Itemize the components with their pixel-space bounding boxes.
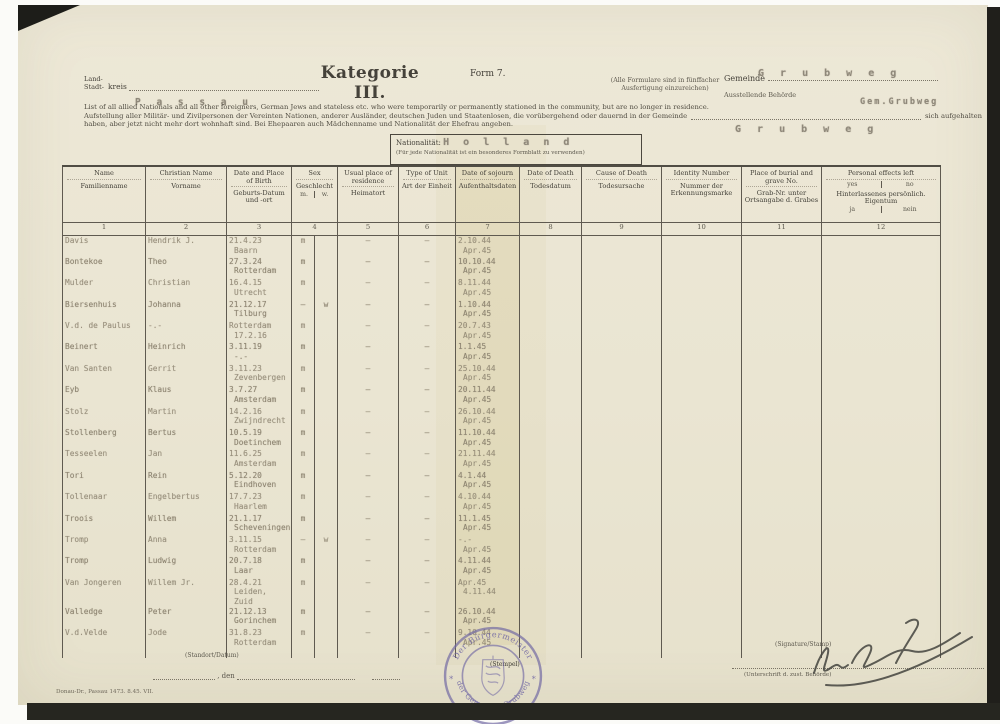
cell-birth: 3.7.27Amsterdam [227, 385, 292, 406]
cell-effects [822, 257, 941, 278]
cell-sex-m: m [292, 449, 315, 470]
cell-sojourn: -.-Apr.45 [456, 535, 520, 556]
cell-name: Van Santen [63, 364, 146, 385]
cell-identity [662, 535, 742, 556]
cell-residence: — [338, 407, 399, 428]
cell-cause [582, 321, 662, 342]
cell-sex-w [315, 278, 338, 299]
cell-cause [582, 428, 662, 449]
column-number-burial: 11 [742, 223, 822, 236]
cell-unit: — [399, 535, 456, 556]
cell-unit: — [399, 514, 456, 535]
cell-name: Tromp [63, 535, 146, 556]
cell-identity [662, 449, 742, 470]
sub-labels: yesno [824, 181, 938, 188]
cell-sex-w [315, 607, 338, 628]
cell-sex-w [315, 236, 338, 257]
nationality-stamp: H o l l a n d [443, 137, 573, 148]
table-row: BiersenhuisJohanna21.12.17Tilburg—w——1.1… [63, 300, 941, 321]
table-row: TrompLudwig20.7.18Laarm——4.11.44Apr.45 [63, 556, 941, 577]
cell-name: Mulder [63, 278, 146, 299]
cell-birth: 31.8.23Rotterdam [227, 628, 292, 649]
cell-residence: — [338, 514, 399, 535]
cell-death [520, 257, 582, 278]
cell-sex-w [315, 628, 338, 649]
cell-sojourn: 26.10.44Apr.45 [456, 407, 520, 428]
table-row: Van SantenGerrit3.11.23Zevenbergenm——25.… [63, 364, 941, 385]
cell-birth: 10.5.19Doetinchem [227, 428, 292, 449]
cell-christian-name: Theo [146, 257, 227, 278]
cell-sex-w [315, 407, 338, 428]
cell-sojourn: 20.11.44Apr.45 [456, 385, 520, 406]
cell-sex-m: — [292, 300, 315, 321]
cell-name: Valledge [63, 607, 146, 628]
cell-burial [742, 514, 822, 535]
cell-sex-m: m [292, 364, 315, 385]
stamp-star-left: * [449, 674, 453, 684]
cell-name: V.d.Velde [63, 628, 146, 649]
cell-identity [662, 257, 742, 278]
scan-edge-bottom [27, 703, 1000, 720]
cell-birth: 3.11.15Rotterdam [227, 535, 292, 556]
table-row: EybKlaus3.7.27Amsterdamm——20.11.44Apr.45 [63, 385, 941, 406]
cell-residence: — [338, 342, 399, 363]
scanned-document: Land- Stadt- kreis P a s s a u Kategorie… [0, 0, 1000, 724]
cell-effects [822, 364, 941, 385]
cell-cause [582, 628, 662, 649]
cell-sex-m: m [292, 385, 315, 406]
cell-birth: 21.12.17Tilburg [227, 300, 292, 321]
cell-christian-name: Rein [146, 471, 227, 492]
cell-name: Davis [63, 236, 146, 257]
cell-unit: — [399, 385, 456, 406]
cell-birth: 3.11.23Zevenbergen [227, 364, 292, 385]
cell-residence: — [338, 236, 399, 257]
cell-sex-w [315, 471, 338, 492]
cell-christian-name: Jode [146, 628, 227, 649]
cell-identity [662, 321, 742, 342]
table-row: BontekoeTheo27.3.24Rotterdamm——10.10.44A… [63, 257, 941, 278]
cell-name: Bontekoe [63, 257, 146, 278]
column-header-identity: Identity NumberNummer der Erkennungsmark… [662, 166, 742, 223]
cell-sex-m: m [292, 628, 315, 649]
cell-identity [662, 514, 742, 535]
cell-death [520, 578, 582, 607]
cell-name: Troois [63, 514, 146, 535]
date-blank [237, 671, 355, 680]
cell-name: Beinert [63, 342, 146, 363]
cell-death [520, 471, 582, 492]
cell-identity [662, 492, 742, 513]
cell-christian-name: Willem [146, 514, 227, 535]
stadt-label: Stadt- [84, 83, 104, 91]
cell-death [520, 236, 582, 257]
cell-name: Stollenberg [63, 428, 146, 449]
cell-identity [662, 407, 742, 428]
cell-birth: 5.12.20Eindhoven [227, 471, 292, 492]
column-number-name: 1 [63, 223, 146, 236]
column-header-sex: SexGeschlechtm.w. [292, 166, 338, 223]
stamp-star-right: * [532, 674, 536, 684]
cell-residence: — [338, 449, 399, 470]
cell-death [520, 321, 582, 342]
cell-effects [822, 300, 941, 321]
cell-identity [662, 300, 742, 321]
sub-labels: janein [824, 206, 938, 213]
cell-burial [742, 300, 822, 321]
cell-birth: 21.12.13Gorinchem [227, 607, 292, 628]
column-header-effects: Personal effects leftyesnoHinterlassenes… [822, 166, 941, 223]
cell-christian-name: Willem Jr. [146, 578, 227, 607]
cell-sojourn: 21.11.44Apr.45 [456, 449, 520, 470]
kreis-field: Land- Stadt- kreis [84, 75, 319, 91]
cell-christian-name: Christian [146, 278, 227, 299]
cell-residence: — [338, 364, 399, 385]
cell-effects [822, 385, 941, 406]
table-row: V.d. de Paulus-.-Rotterdam17.2.16m——20.7… [63, 321, 941, 342]
cell-burial [742, 471, 822, 492]
cell-cause [582, 471, 662, 492]
cell-identity [662, 342, 742, 363]
cell-identity [662, 556, 742, 577]
cell-cause [582, 407, 662, 428]
cell-unit: — [399, 278, 456, 299]
cell-death [520, 278, 582, 299]
table-row: TollenaarEngelbertus17.7.23Haarlemm——4.1… [63, 492, 941, 513]
cell-residence: — [338, 492, 399, 513]
column-number-christian-name: 2 [146, 223, 227, 236]
cell-name: Van Jongeren [63, 578, 146, 607]
cell-identity [662, 607, 742, 628]
cell-death [520, 428, 582, 449]
cell-birth: 11.6.25Amsterdam [227, 449, 292, 470]
cell-burial [742, 321, 822, 342]
cell-sex-m: m [292, 278, 315, 299]
cell-unit: — [399, 492, 456, 513]
cell-birth: 17.7.23Haarlem [227, 492, 292, 513]
cell-death [520, 300, 582, 321]
cell-sojourn: 2.10.44Apr.45 [456, 236, 520, 257]
cell-sex-w [315, 364, 338, 385]
table-row: TesseelenJan11.6.25Amsterdamm——21.11.44A… [63, 449, 941, 470]
cell-identity [662, 428, 742, 449]
cell-cause [582, 385, 662, 406]
cell-christian-name: Bertus [146, 428, 227, 449]
table-row: TrooisWillem21.1.17Scheveningenm——11.1.4… [63, 514, 941, 535]
cell-sex-w [315, 428, 338, 449]
table-row: StollenbergBertus10.5.19Doetinchemm——11.… [63, 428, 941, 449]
intro-german-line1: Aufstellung aller Militär- und Zivilpers… [84, 112, 982, 120]
cell-unit: — [399, 321, 456, 342]
cell-sex-w [315, 385, 338, 406]
cell-residence: — [338, 321, 399, 342]
sub-labels: m.w. [294, 191, 335, 198]
cell-name: Tori [63, 471, 146, 492]
cell-unit: — [399, 578, 456, 607]
cell-burial [742, 342, 822, 363]
table-row: StolzMartin14.2.16Zwijndrechtm——26.10.44… [63, 407, 941, 428]
cell-christian-name: Klaus [146, 385, 227, 406]
cell-burial [742, 449, 822, 470]
cell-sex-m: m [292, 471, 315, 492]
column-header-residence: Usual place of residenceHeimatort [338, 166, 399, 223]
cell-effects [822, 471, 941, 492]
roster-table: NameFamiliennameChristian NameVornameDat… [62, 165, 941, 658]
den-label: , den [217, 672, 235, 680]
column-header-name: NameFamilienname [63, 166, 146, 223]
cell-christian-name: Anna [146, 535, 227, 556]
cell-sex-m: m [292, 257, 315, 278]
cell-identity [662, 578, 742, 607]
cell-death [520, 449, 582, 470]
paper-sheet: Land- Stadt- kreis P a s s a u Kategorie… [18, 5, 988, 705]
cell-sojourn: 20.7.43Apr.45 [456, 321, 520, 342]
cell-sex-m: m [292, 607, 315, 628]
column-number-sex: 4 [292, 223, 338, 236]
cell-sex-m: — [292, 535, 315, 556]
header-row: NameFamiliennameChristian NameVornameDat… [63, 166, 941, 223]
cell-birth: 20.7.18Laar [227, 556, 292, 577]
cell-name: Tromp [63, 556, 146, 577]
cell-burial [742, 428, 822, 449]
cell-unit: — [399, 300, 456, 321]
cell-christian-name: -.- [146, 321, 227, 342]
cell-sex-m: m [292, 342, 315, 363]
cell-cause [582, 236, 662, 257]
cell-unit: — [399, 342, 456, 363]
cell-identity [662, 278, 742, 299]
cell-death [520, 514, 582, 535]
cell-unit: — [399, 428, 456, 449]
column-header-death: Date of DeathTodesdatum [520, 166, 582, 223]
column-number-row: 123456789101112 [63, 223, 941, 236]
cell-sex-w [315, 342, 338, 363]
cell-christian-name: Martin [146, 407, 227, 428]
cell-burial [742, 364, 822, 385]
cell-cause [582, 449, 662, 470]
cell-sex-m: m [292, 492, 315, 513]
cell-cause [582, 342, 662, 363]
cell-name: Tesseelen [63, 449, 146, 470]
column-number-death: 8 [520, 223, 582, 236]
table-row: BeinertHeinrich3.11.19-.-m——1.1.45Apr.45 [63, 342, 941, 363]
cell-identity [662, 628, 742, 649]
printer-imprint: Donau-Dr., Passau 1473. 8.45. VII. [56, 689, 154, 695]
nationality-box: Nationalität: H o l l a n d (Für jede Na… [390, 134, 642, 165]
cell-residence: — [338, 607, 399, 628]
cell-birth: 28.4.21Leiden, Zuid [227, 578, 292, 607]
cell-burial [742, 385, 822, 406]
kreis-blank-line [129, 82, 319, 91]
cell-sex-w [315, 556, 338, 577]
cell-sex-w [315, 257, 338, 278]
cell-cause [582, 278, 662, 299]
column-header-cause: Cause of DeathTodesursache [582, 166, 662, 223]
cell-birth: 21.1.17Scheveningen [227, 514, 292, 535]
cell-cause [582, 492, 662, 513]
cell-residence: — [338, 578, 399, 607]
cell-burial [742, 492, 822, 513]
cell-sojourn: 11.1.45Apr.45 [456, 514, 520, 535]
cell-christian-name: Johanna [146, 300, 227, 321]
cell-cause [582, 578, 662, 607]
cell-sex-m: m [292, 556, 315, 577]
cell-death [520, 342, 582, 363]
cell-identity [662, 471, 742, 492]
cell-death [520, 535, 582, 556]
cell-death [520, 364, 582, 385]
cell-name: Eyb [63, 385, 146, 406]
intro-german-line2: haben, aber jetzt nicht mehr dort wohnha… [84, 120, 844, 128]
cell-sex-m: m [292, 407, 315, 428]
column-number-effects: 12 [822, 223, 941, 236]
cell-sojourn: 4.1.44Apr.45 [456, 471, 520, 492]
cell-sojourn: 4.10.44Apr.45 [456, 492, 520, 513]
cell-effects [822, 449, 941, 470]
cell-sojourn: Apr.454.11.44 [456, 578, 520, 607]
cell-unit: — [399, 471, 456, 492]
table-row: ToriRein5.12.20Eindhovenm——4.1.44Apr.45 [63, 471, 941, 492]
cell-sojourn: 1.1.45Apr.45 [456, 342, 520, 363]
cell-sojourn: 8.11.44Apr.45 [456, 278, 520, 299]
cell-sex-m: m [292, 578, 315, 607]
standort-label: (Standort/Datum) [185, 652, 239, 659]
cell-sojourn: 4.11.44Apr.45 [456, 556, 520, 577]
cell-birth: 21.4.23Baarn [227, 236, 292, 257]
cell-sex-m: m [292, 321, 315, 342]
cell-sojourn: 11.10.44Apr.45 [456, 428, 520, 449]
handwritten-signature [756, 611, 996, 701]
cell-residence: — [338, 628, 399, 649]
scan-edge-right [987, 7, 1000, 710]
cell-cause [582, 535, 662, 556]
cell-birth: 14.2.16Zwijndrecht [227, 407, 292, 428]
table-row: Van JongerenWillem Jr.28.4.21Leiden, Zui… [63, 578, 941, 607]
cell-christian-name: Gerrit [146, 364, 227, 385]
cell-cause [582, 607, 662, 628]
cell-cause [582, 364, 662, 385]
place-blank [153, 671, 215, 680]
cell-sex-w: w [315, 535, 338, 556]
cell-burial [742, 535, 822, 556]
behoerde-label: Ausstellende Behörde [724, 91, 796, 99]
cell-sex-w [315, 514, 338, 535]
cell-unit: — [399, 257, 456, 278]
cell-sex-w [315, 321, 338, 342]
page-title: Kategorie III. [310, 63, 430, 103]
cell-cause [582, 257, 662, 278]
land-label: Land- [84, 75, 103, 83]
cell-burial [742, 236, 822, 257]
cell-effects [822, 236, 941, 257]
cell-residence: — [338, 556, 399, 577]
cell-identity [662, 236, 742, 257]
cell-effects [822, 514, 941, 535]
cell-burial [742, 407, 822, 428]
intro-gemeinde-stamp: G r u b w e g [735, 124, 878, 135]
cell-cause [582, 300, 662, 321]
cell-christian-name: Jan [146, 449, 227, 470]
cell-effects [822, 278, 941, 299]
column-header-christian-name: Christian NameVorname [146, 166, 227, 223]
cell-birth: 3.11.19-.- [227, 342, 292, 363]
cell-cause [582, 556, 662, 577]
cell-effects [822, 578, 941, 607]
cell-death [520, 385, 582, 406]
cell-sojourn: 10.10.44Apr.45 [456, 257, 520, 278]
cell-residence: — [338, 300, 399, 321]
cell-residence: — [338, 257, 399, 278]
cell-birth: Rotterdam17.2.16 [227, 321, 292, 342]
cell-name: Stolz [63, 407, 146, 428]
kreis-label: kreis [108, 82, 127, 91]
cell-christian-name: Peter [146, 607, 227, 628]
nationality-note: (Für jede Nationalität ist ein besondere… [396, 150, 636, 156]
cell-christian-name: Hendrik J. [146, 236, 227, 257]
column-number-identity: 10 [662, 223, 742, 236]
cell-death [520, 407, 582, 428]
cell-effects [822, 428, 941, 449]
cell-name: Tollenaar [63, 492, 146, 513]
cell-unit: — [399, 407, 456, 428]
nationality-label: Nationalität: [396, 139, 441, 147]
cell-sex-w [315, 578, 338, 607]
date-line: , den [153, 671, 400, 680]
gemeinde-inline-blank [691, 112, 921, 120]
coat-of-arms-icon [482, 656, 504, 696]
column-header-birth: Date and Place of BirthGeburts-Datum und… [227, 166, 292, 223]
cell-effects [822, 556, 941, 577]
cell-unit: — [399, 449, 456, 470]
cell-effects [822, 407, 941, 428]
column-header-unit: Type of UnitArt der Einheit [399, 166, 456, 223]
cell-sex-w [315, 449, 338, 470]
cell-effects [822, 492, 941, 513]
cell-cause [582, 514, 662, 535]
intro-english: List of all allied Nationals and all oth… [84, 104, 982, 111]
column-number-residence: 5 [338, 223, 399, 236]
cell-residence: — [338, 278, 399, 299]
cell-sex-w: w [315, 300, 338, 321]
cell-burial [742, 257, 822, 278]
cell-christian-name: Ludwig [146, 556, 227, 577]
form-number: Form 7. [470, 69, 505, 79]
column-header-sojourn: Date of sojournAufenthaltsdaten [456, 166, 520, 223]
cell-residence: — [338, 471, 399, 492]
cell-death [520, 556, 582, 577]
cell-identity [662, 385, 742, 406]
cell-sex-m: m [292, 514, 315, 535]
cell-christian-name: Heinrich [146, 342, 227, 363]
column-number-birth: 3 [227, 223, 292, 236]
cell-sex-m: m [292, 236, 315, 257]
cell-sex-m: m [292, 428, 315, 449]
cell-unit: — [399, 364, 456, 385]
cell-burial [742, 578, 822, 607]
cell-residence: — [338, 428, 399, 449]
cell-sojourn: 25.10.44Apr.45 [456, 364, 520, 385]
cell-death [520, 492, 582, 513]
gemeinde-stamp: G r u b w e g [758, 68, 901, 79]
column-number-unit: 6 [399, 223, 456, 236]
cell-unit: — [399, 556, 456, 577]
cell-birth: 16.4.15Utrecht [227, 278, 292, 299]
cell-burial [742, 556, 822, 577]
cell-residence: — [338, 535, 399, 556]
cell-effects [822, 321, 941, 342]
date-blank-2 [372, 671, 400, 680]
table-row: TrompAnna3.11.15Rotterdam—w——-.-Apr.45 [63, 535, 941, 556]
